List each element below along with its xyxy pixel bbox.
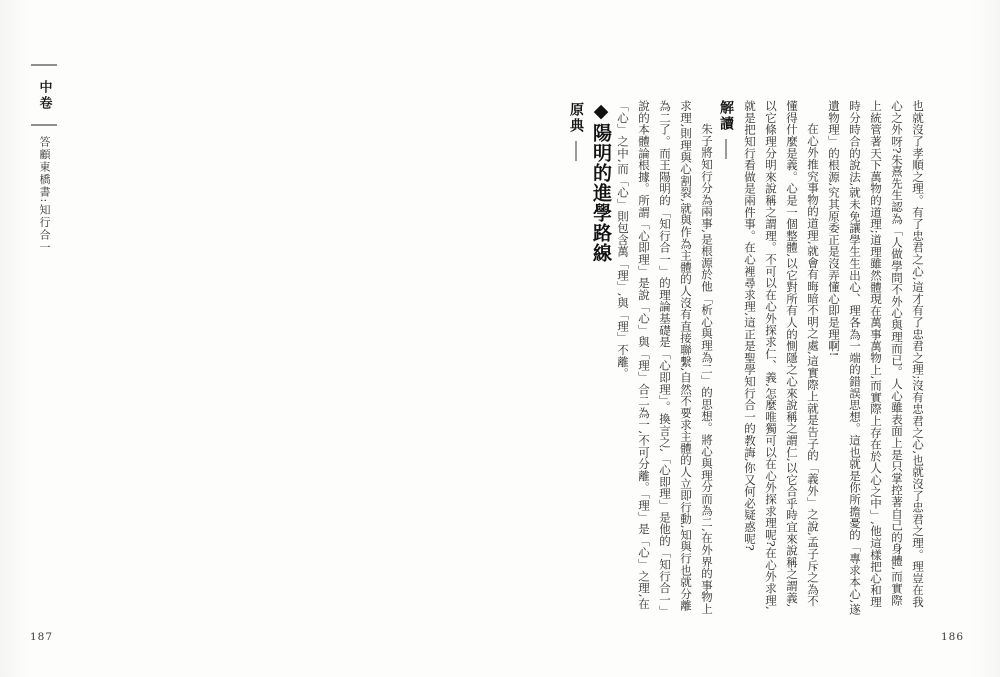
paragraph: 也就沒了孝順之理。有了忠君之心,這才有了忠君之理;沒有忠君之心,也就沒了忠君之理…: [823, 100, 928, 617]
section-title: ◆陽明的進學路線: [588, 100, 614, 263]
paragraph: 朱子將知行分為兩事,是根源於他「析心與理為二」的思想。將心與理分而為二,在外界的…: [612, 100, 717, 617]
volume-label: 中卷: [35, 80, 54, 112]
heading-rule: [575, 141, 577, 161]
page-number-right: 186: [941, 631, 964, 643]
yuandian-heading-label: 原典: [566, 102, 586, 134]
page-number-left: 187: [30, 631, 53, 643]
heading-rule: [725, 139, 727, 159]
yuandian-section-heading: 原典: [566, 102, 586, 161]
right-page-body-text: 也就沒了孝順之理。有了忠君之心,這才有了忠君之理;沒有忠君之心,也就沒了忠君之理…: [739, 100, 928, 617]
page-right-186: 也就沒了孝順之理。有了忠君之心,這才有了忠君之理;沒有忠君之心,也就沒了忠君之理…: [500, 0, 1000, 677]
running-head: 中卷 答顧東橋書:知行合一: [26, 64, 62, 254]
paragraph: 在心外推究事物的道理,就會有晦暗不明之處,這實際上就是告子的「義外」之說,孟子斥…: [739, 100, 823, 617]
running-head-rule-bottom: [31, 124, 57, 126]
jiedu-section-heading: 解讀: [716, 100, 736, 159]
book-spread: 也就沒了孝順之理。有了忠君之心,這才有了忠君之理;沒有忠君之心,也就沒了忠君之理…: [0, 0, 1000, 677]
jiedu-section-text: 朱子將知行分為兩事,是根源於他「析心與理為二」的思想。將心與理分而為二,在外界的…: [612, 100, 717, 617]
running-head-rule-top: [31, 64, 57, 66]
page-left-187: 來書云:「所釋《大學》古本,謂『致其本體之知』,此固孟子盡心之旨,朱子亦以虛靈知…: [0, 0, 500, 677]
jiedu-heading-label: 解讀: [716, 100, 736, 132]
chapter-label: 答顧東橋書:知行合一: [36, 136, 52, 254]
